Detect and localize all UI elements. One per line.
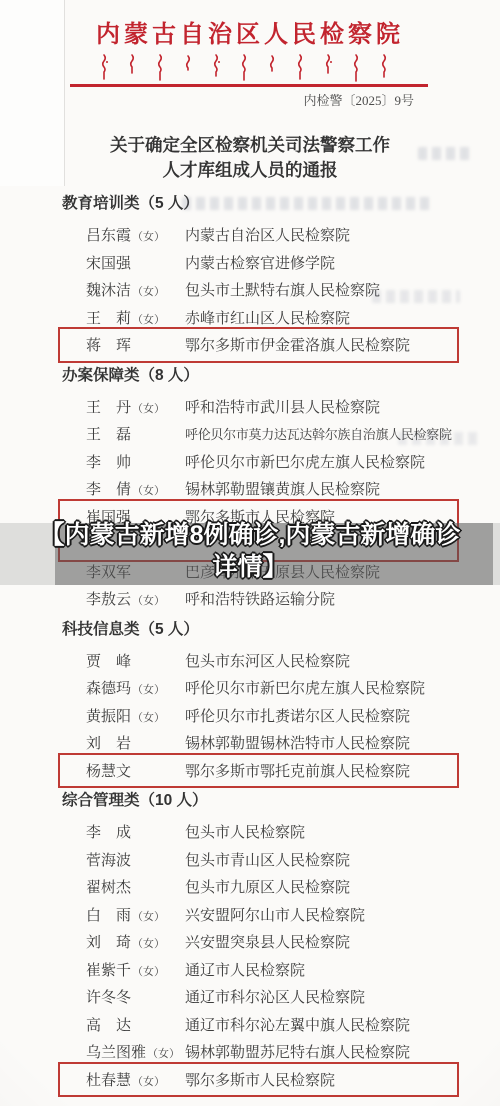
person-name: 王 磊 <box>86 423 185 444</box>
person-unit: 通辽市科尔沁左翼中旗人民检察院 <box>185 1014 410 1035</box>
person-row: 刘 岩 锡林郭勒盟锡林浩特市人民检察院 <box>62 729 455 757</box>
person-row: 高 达 通辽市科尔沁左翼中旗人民检察院 <box>62 1011 455 1039</box>
person-row: 杜春慧（女） 鄂尔多斯市人民检察院 <box>62 1066 455 1094</box>
person-name: 黄振阳（女） <box>86 705 185 726</box>
person-unit: 内蒙古检察官进修学院 <box>185 252 335 273</box>
person-name: 杜春慧（女） <box>86 1069 185 1090</box>
gender-mark: （女） <box>132 712 165 724</box>
person-unit: 通辽市科尔沁区人民检察院 <box>185 986 365 1007</box>
category-heading: 办案保障类（8 人） <box>62 365 455 387</box>
person-name: 王 丹（女） <box>86 396 185 417</box>
person-unit: 呼和浩特铁路运输分院 <box>185 588 335 609</box>
news-caption-line2: 详情】 <box>0 551 500 583</box>
person-row: 森德玛（女） 呼伦贝尔市新巴尔虎左旗人民检察院 <box>62 674 455 702</box>
person-name: 杨慧文 <box>86 760 185 781</box>
person-row: 李 成 包头市人民检察院 <box>62 818 455 846</box>
paper-left-margin <box>0 0 64 186</box>
person-name: 李 倩（女） <box>86 478 185 499</box>
person-unit: 包头市九原区人民检察院 <box>185 876 350 897</box>
news-caption: 【内蒙古新增8例确诊,内蒙古新增确诊 详情】 <box>0 519 500 583</box>
person-row: 李 倩（女） 锡林郭勒盟镶黄旗人民检察院 <box>62 475 455 503</box>
bleed-through-smudge <box>182 197 434 210</box>
person-unit: 呼伦贝尔市扎赉诺尔区人民检察院 <box>185 705 410 726</box>
news-caption-line1: 【内蒙古新增8例确诊,内蒙古新增确诊 <box>0 519 500 551</box>
bleed-through-smudge <box>372 290 460 303</box>
gender-mark: （女） <box>132 911 165 923</box>
person-name: 王 莉（女） <box>86 307 185 328</box>
gender-mark: （女） <box>132 485 165 497</box>
gender-mark: （女） <box>132 231 165 243</box>
person-name: 高 达 <box>86 1014 185 1035</box>
person-row: 黄振阳（女） 呼伦贝尔市扎赉诺尔区人民检察院 <box>62 702 455 730</box>
person-row: 吕东霞（女） 内蒙古自治区人民检察院 <box>62 221 455 249</box>
person-unit: 包头市东河区人民检察院 <box>185 650 350 671</box>
person-name: 崔紫千（女） <box>86 959 185 980</box>
person-row: 翟树杰 包头市九原区人民检察院 <box>62 873 455 901</box>
category-heading: 科技信息类（5 人） <box>62 619 455 641</box>
person-unit: 锡林郭勒盟锡林浩特市人民检察院 <box>185 732 410 753</box>
document-title-line2: 人才库组成人员的通报 <box>0 158 500 183</box>
org-title: 内蒙古自治区人民检察院 <box>0 20 500 50</box>
person-row: 王 磊 呼伦贝尔市莫力达瓦达斡尔族自治旗人民检察院 <box>62 420 455 448</box>
person-name: 刘 岩 <box>86 732 185 753</box>
bleed-through-smudge <box>418 147 473 160</box>
person-unit: 包头市人民检察院 <box>185 821 305 842</box>
person-unit: 呼伦贝尔市新巴尔虎左旗人民检察院 <box>185 451 425 472</box>
person-name: 许冬冬 <box>86 986 185 1007</box>
person-row: 许冬冬 通辽市科尔沁区人民检察院 <box>62 983 455 1011</box>
person-row: 崔紫千（女） 通辽市人民检察院 <box>62 956 455 984</box>
person-name: 翟树杰 <box>86 876 185 897</box>
person-row: 李 帅 呼伦贝尔市新巴尔虎左旗人民检察院 <box>62 448 455 476</box>
person-unit: 通辽市人民检察院 <box>185 959 305 980</box>
category-heading: 综合管理类（10 人） <box>62 790 455 812</box>
person-row: 宋国强 内蒙古检察官进修学院 <box>62 249 455 277</box>
gender-mark: （女） <box>132 966 165 978</box>
person-name: 森德玛（女） <box>86 677 185 698</box>
category-rows: 李 成 包头市人民检察院 菅海波 包头市青山区人民检察院 翟树杰 包头市九原区人… <box>62 818 455 1093</box>
person-unit: 鄂尔多斯市伊金霍洛旗人民检察院 <box>185 334 410 355</box>
person-name: 吕东霞（女） <box>86 224 185 245</box>
person-unit: 鄂尔多斯市鄂托克前旗人民检察院 <box>185 760 410 781</box>
person-row: 刘 琦（女） 兴安盟突泉县人民检察院 <box>62 928 455 956</box>
person-unit: 兴安盟突泉县人民检察院 <box>185 931 350 952</box>
person-unit: 锡林郭勒盟镶黄旗人民检察院 <box>185 478 380 499</box>
person-name: 蒋 珲 <box>86 334 185 355</box>
person-row: 李敖云（女） 呼和浩特铁路运输分院 <box>62 585 455 613</box>
gender-mark: （女） <box>132 1076 165 1088</box>
person-row: 乌兰图雅（女） 锡林郭勒盟苏尼特右旗人民检察院 <box>62 1038 455 1066</box>
person-name: 李 帅 <box>86 451 185 472</box>
person-row: 王 莉（女） 赤峰市红山区人民检察院 <box>62 304 455 332</box>
person-row: 蒋 珲 鄂尔多斯市伊金霍洛旗人民检察院 <box>62 331 455 359</box>
category-section: 综合管理类（10 人） 李 成 包头市人民检察院 菅海波 包头市青山区人民检察院… <box>62 790 455 1093</box>
person-name: 白 雨（女） <box>86 904 185 925</box>
gender-mark: （女） <box>132 314 165 326</box>
gender-mark: （女） <box>132 403 165 415</box>
person-row: 白 雨（女） 兴安盟阿尔山市人民检察院 <box>62 901 455 929</box>
sections: 教育培训类（5 人） 吕东霞（女） 内蒙古自治区人民检察院 宋国强 内蒙古检察官… <box>0 193 500 1093</box>
person-unit: 赤峰市红山区人民检察院 <box>185 307 350 328</box>
gender-mark: （女） <box>132 595 165 607</box>
person-row: 菅海波 包头市青山区人民检察院 <box>62 846 455 874</box>
document-page: 内蒙古自治区人民检察院 内检警〔2025〕9号 关于确定全区检察机关司法警察工作… <box>0 0 500 1106</box>
letterhead-divider <box>70 84 428 87</box>
bleed-through-smudge <box>398 432 478 445</box>
person-name: 魏沐洁（女） <box>86 279 185 300</box>
person-unit: 鄂尔多斯市人民检察院 <box>185 1069 335 1090</box>
person-name: 刘 琦（女） <box>86 931 185 952</box>
gender-mark: （女） <box>132 684 165 696</box>
person-unit: 内蒙古自治区人民检察院 <box>185 224 350 245</box>
category-rows: 贾 峰 包头市东河区人民检察院 森德玛（女） 呼伦贝尔市新巴尔虎左旗人民检察院 … <box>62 647 455 785</box>
paper-edge-line <box>64 0 65 186</box>
person-row: 杨慧文 鄂尔多斯市鄂托克前旗人民检察院 <box>62 757 455 785</box>
gender-mark: （女） <box>132 286 165 298</box>
person-unit: 呼伦贝尔市新巴尔虎左旗人民检察院 <box>185 677 425 698</box>
person-unit: 呼和浩特市武川县人民检察院 <box>185 396 380 417</box>
person-unit: 包头市土默特右旗人民检察院 <box>185 279 380 300</box>
category-section: 教育培训类（5 人） 吕东霞（女） 内蒙古自治区人民检察院 宋国强 内蒙古检察官… <box>62 193 455 359</box>
person-name: 李 成 <box>86 821 185 842</box>
person-name: 贾 峰 <box>86 650 185 671</box>
person-name: 宋国强 <box>86 252 185 273</box>
person-unit: 包头市青山区人民检察院 <box>185 849 350 870</box>
mongolian-script <box>80 53 420 83</box>
gender-mark: （女） <box>132 938 165 950</box>
person-unit: 锡林郭勒盟苏尼特右旗人民检察院 <box>185 1041 410 1062</box>
person-unit: 兴安盟阿尔山市人民检察院 <box>185 904 365 925</box>
person-row: 王 丹（女） 呼和浩特市武川县人民检察院 <box>62 393 455 421</box>
person-row: 贾 峰 包头市东河区人民检察院 <box>62 647 455 675</box>
person-name: 菅海波 <box>86 849 185 870</box>
person-name: 乌兰图雅（女） <box>86 1041 185 1062</box>
person-name: 李敖云（女） <box>86 588 185 609</box>
category-section: 科技信息类（5 人） 贾 峰 包头市东河区人民检察院 森德玛（女） 呼伦贝尔市新… <box>62 619 455 785</box>
gender-mark: （女） <box>147 1048 180 1060</box>
